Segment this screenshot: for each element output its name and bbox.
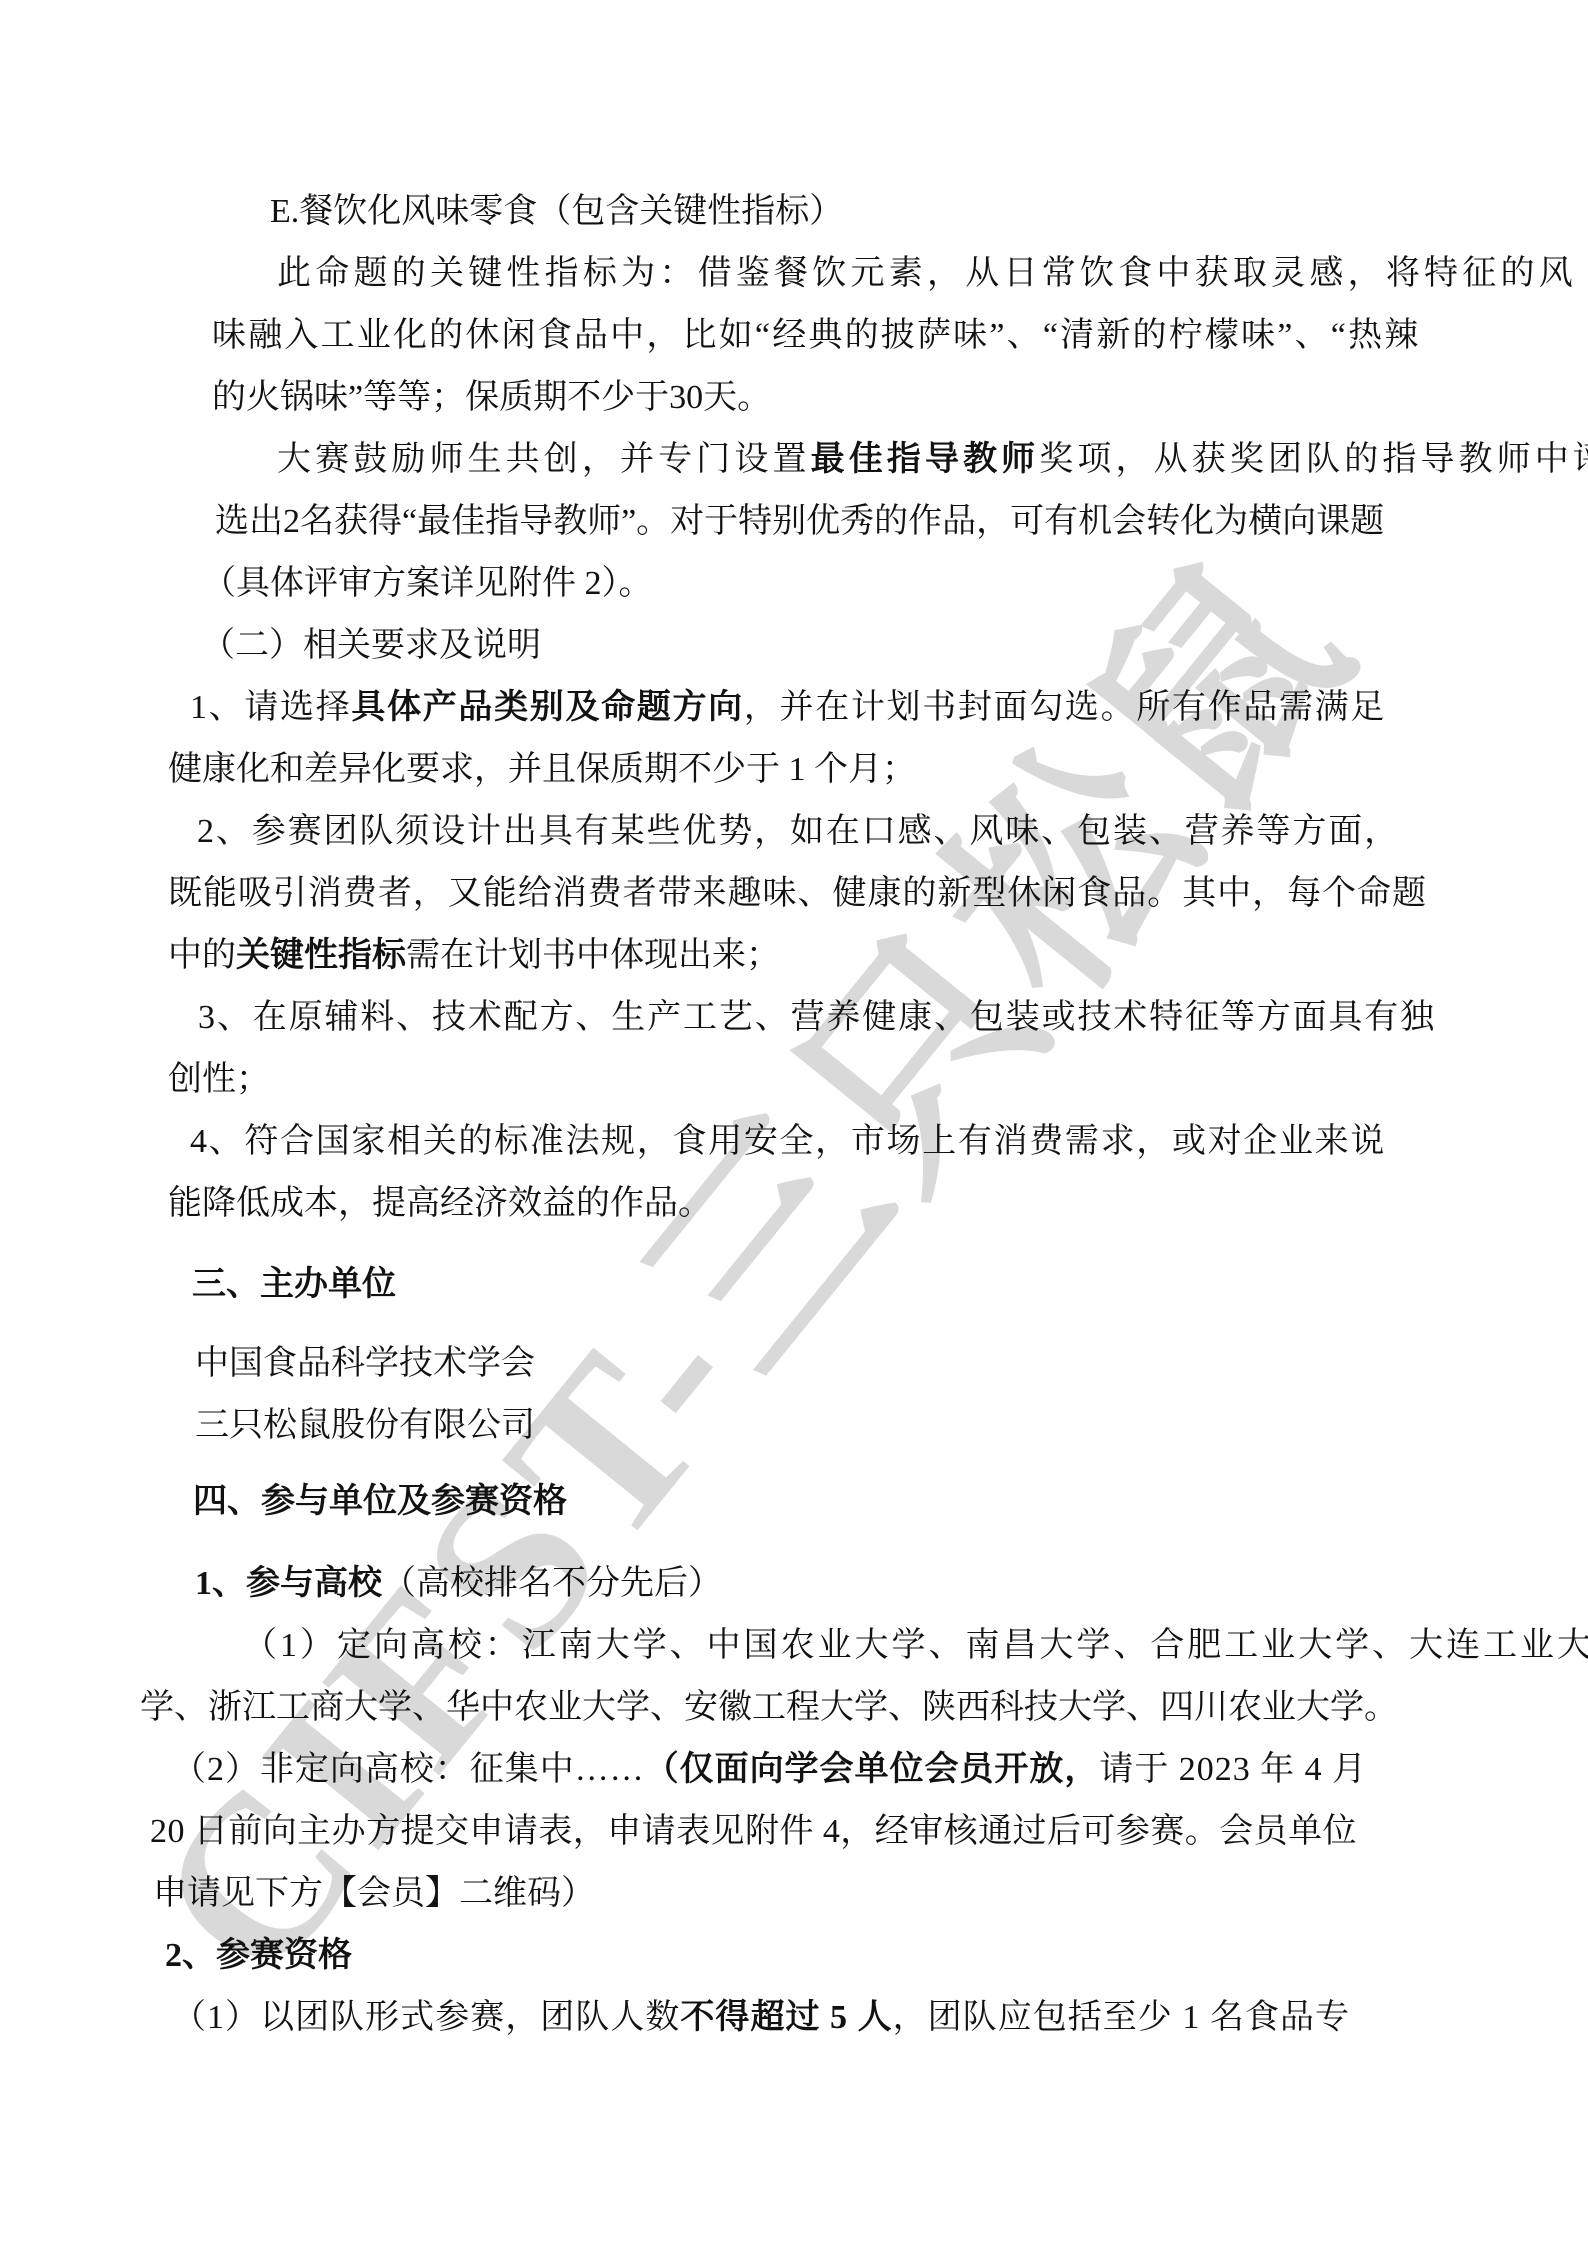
text-line: 创性； <box>168 1049 1588 1111</box>
text-segment: 大赛鼓励师生共创，并专门设置 <box>277 441 811 478</box>
bold-text-segment: （仅面向学会单位会员开放， <box>645 1751 1100 1788</box>
text-segment: 选出2名获得“最佳指导教师”。对于特别优秀的作品，可有机会转化为横向课题 <box>215 503 1384 540</box>
text-segment: 申请见下方【会员】二维码） <box>153 1875 595 1912</box>
text-line: 大赛鼓励师生共创，并专门设置最佳指导教师奖项，从获奖团队的指导教师中评 <box>277 429 1588 491</box>
bold-text-segment: 1、参与高校 <box>195 1565 382 1602</box>
text-line: （二）相关要求及说明 <box>201 615 1588 677</box>
text-segment: 1、请选择 <box>190 689 351 726</box>
text-segment: 健康化和差异化要求，并且保质期不少于 1 个月； <box>168 751 916 788</box>
text-line: 3、在原辅料、技术配方、生产工艺、营养健康、包装或技术特征等方面具有独 <box>198 987 1588 1049</box>
text-segment: （1）以团队形式参赛，团队人数 <box>172 1999 680 2036</box>
bold-text-segment: 关键性指标 <box>236 937 406 974</box>
text-line: E.餐饮化风味零食（包含关键性指标） <box>270 181 1588 243</box>
text-segment: 此命题的关键性指标为：借鉴餐饮元素，从日常饮食中获取灵感，将特征的风 <box>277 255 1577 292</box>
bold-text-segment: 具体产品类别及命题方向 <box>351 689 743 726</box>
text-line: 中的关键性指标需在计划书中体现出来； <box>168 925 1588 987</box>
text-segment: 学、浙江工商大学、华中农业大学、安徽工程大学、陕西科技大学、四川农业大学。 <box>140 1689 1398 1726</box>
text-segment: E.餐饮化风味零食（包含关键性指标） <box>270 193 843 230</box>
text-line: 味融入工业化的休闲食品中，比如“经典的披萨味”、“清新的柠檬味”、“热辣 <box>212 305 1588 367</box>
text-segment: 请于 2023 年 4 月 <box>1099 1751 1367 1788</box>
text-segment: 的火锅味”等等；保质期不少于30天。 <box>212 379 771 416</box>
text-line: （1）以团队形式参赛，团队人数不得超过 5 人，团队应包括至少 1 名食品专 <box>172 1987 1588 2049</box>
text-segment: 味融入工业化的休闲食品中，比如“经典的披萨味”、“清新的柠檬味”、“热辣 <box>212 317 1420 354</box>
text-segment: （高校排名不分先后） <box>382 1565 722 1602</box>
text-segment: 中的 <box>168 937 236 974</box>
document-page: CIFST-三只松鼠 E.餐饮化风味零食（包含关键性指标）此命题的关键性指标为：… <box>0 0 1588 2245</box>
bold-text-segment: 不得超过 5 人 <box>680 1999 892 2036</box>
text-segment: 需在计划书中体现出来； <box>406 937 780 974</box>
text-segment: 创性； <box>168 1061 270 1098</box>
text-line: 中国食品科学技术学会 <box>195 1333 1588 1395</box>
text-segment: 4、符合国家相关的标准法规，食用安全，市场上有消费需求，或对企业来说 <box>190 1123 1386 1160</box>
text-line: （1）定向高校：江南大学、中国农业大学、南昌大学、合肥工业大学、大连工业大 <box>243 1615 1588 1677</box>
text-line: 申请见下方【会员】二维码） <box>153 1863 1588 1925</box>
text-line: 2、参赛团队须设计出具有某些优势，如在口感、风味、包装、营养等方面， <box>197 801 1588 863</box>
text-line: （具体评审方案详见附件 2）。 <box>202 553 1588 615</box>
bold-text-segment: 三、主办单位 <box>192 1266 396 1303</box>
text-line: （2）非定向高校：征集中……（仅面向学会单位会员开放，请于 2023 年 4 月 <box>172 1739 1588 1801</box>
text-line: 20 日前向主办方提交申请表，申请表见附件 4，经审核通过后可参赛。会员单位 <box>150 1801 1588 1863</box>
text-line: 的火锅味”等等；保质期不少于30天。 <box>212 367 1588 429</box>
text-line: 1、参与高校（高校排名不分先后） <box>195 1553 1588 1615</box>
text-line: 三、主办单位 <box>192 1254 1588 1316</box>
text-segment: 2、参赛团队须设计出具有某些优势，如在口感、风味、包装、营养等方面， <box>197 813 1400 850</box>
text-line: 三只松鼠股份有限公司 <box>195 1395 1588 1457</box>
text-segment: （2）非定向高校：征集中…… <box>172 1751 645 1788</box>
text-line: 既能吸引消费者，又能给消费者带来趣味、健康的新型休闲食品。其中，每个命题 <box>168 863 1588 925</box>
text-segment: 奖项，从获奖团队的指导教师中评 <box>1039 441 1588 478</box>
text-line: 此命题的关键性指标为：借鉴餐饮元素，从日常饮食中获取灵感，将特征的风 <box>277 243 1588 305</box>
document-text: E.餐饮化风味零食（包含关键性指标）此命题的关键性指标为：借鉴餐饮元素，从日常饮… <box>0 181 1588 2049</box>
text-segment: ，团队应包括至少 1 名食品专 <box>893 1999 1350 2036</box>
text-line: 1、请选择具体产品类别及命题方向，并在计划书封面勾选。所有作品需满足 <box>190 677 1588 739</box>
text-segment: 中国食品科学技术学会 <box>195 1345 535 1382</box>
text-segment: 3、在原辅料、技术配方、生产工艺、营养健康、包装或技术特征等方面具有独 <box>198 999 1436 1036</box>
text-segment: ，并在计划书封面勾选。所有作品需满足 <box>744 689 1386 726</box>
bold-text-segment: 2、参赛资格 <box>165 1937 352 1974</box>
text-line: 健康化和差异化要求，并且保质期不少于 1 个月； <box>168 739 1588 801</box>
text-segment: （二）相关要求及说明 <box>201 627 541 664</box>
bold-text-segment: 最佳指导教师 <box>811 441 1040 478</box>
text-line: 能降低成本，提高经济效益的作品。 <box>168 1173 1588 1235</box>
text-line: 四、参与单位及参赛资格 <box>193 1471 1588 1533</box>
text-line: 学、浙江工商大学、华中农业大学、安徽工程大学、陕西科技大学、四川农业大学。 <box>140 1677 1588 1739</box>
text-segment: 能降低成本，提高经济效益的作品。 <box>168 1185 712 1222</box>
text-line: 选出2名获得“最佳指导教师”。对于特别优秀的作品，可有机会转化为横向课题 <box>215 491 1588 553</box>
text-line: 2、参赛资格 <box>165 1925 1588 1987</box>
text-segment: 既能吸引消费者，又能给消费者带来趣味、健康的新型休闲食品。其中，每个命题 <box>168 875 1427 912</box>
text-segment: 20 日前向主办方提交申请表，申请表见附件 4，经审核通过后可参赛。会员单位 <box>150 1813 1357 1850</box>
text-line: 4、符合国家相关的标准法规，食用安全，市场上有消费需求，或对企业来说 <box>190 1111 1588 1173</box>
text-segment: 三只松鼠股份有限公司 <box>195 1407 535 1444</box>
text-segment: （具体评审方案详见附件 2）。 <box>202 565 653 602</box>
text-segment: （1）定向高校：江南大学、中国农业大学、南昌大学、合肥工业大学、大连工业大 <box>243 1627 1588 1664</box>
bold-text-segment: 四、参与单位及参赛资格 <box>193 1483 567 1520</box>
